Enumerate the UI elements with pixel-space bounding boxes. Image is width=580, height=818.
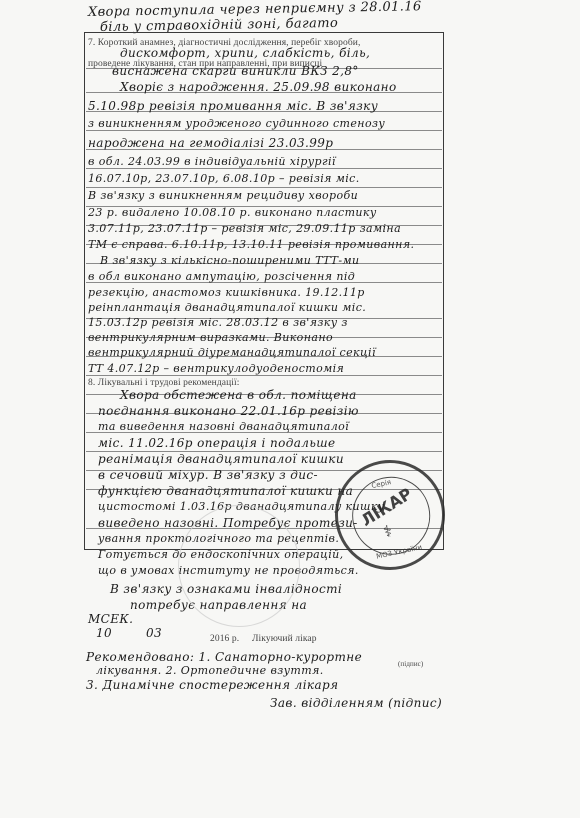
section7-handwriting: 3.07.11р, 23.07.11р – ревізія міс, 29.09… (88, 222, 401, 235)
signature-date-day: 10 (96, 626, 112, 640)
section7-handwriting: з виникненням уродженого судинного стено… (88, 117, 385, 130)
section7-handwriting: ТТ 4.07.12р – вентрикулодуоденостомія (88, 362, 344, 375)
faint-stamp-impression (178, 505, 300, 627)
section8-handwriting: міс. 11.02.16р операція і подальше (98, 436, 336, 450)
footer-signature: Зав. відділенням (підпис) (270, 696, 442, 710)
section8-handwriting: МСЕК. (88, 612, 133, 626)
recommendation-line: 3. Динамічне спостереження лікаря (86, 678, 338, 692)
section8-handwriting: та виведення назовні дванадцятипалої (98, 420, 349, 433)
section7-handwriting: вентрикулярним виразками. Виконано (88, 331, 333, 344)
section7-handwriting: вентрикулярний діуреманадцятипалої секці… (88, 346, 376, 359)
section7-handwriting: 5.10.98р ревізія промивання міс. В зв'яз… (88, 99, 378, 113)
section7-handwriting: В зв'язку з виникненням рецидиву хвороби (88, 189, 358, 202)
section7-handwriting: 15.03.12р ревізія міс. 28.03.12 в зв'язк… (88, 316, 348, 329)
section7-handwriting: в обл. 24.03.99 в індивідуальній хірургі… (88, 155, 336, 168)
section7-handwriting: 23 р. видалено 10.08.10 р. виконано плас… (88, 206, 377, 219)
section8-handwriting: в сечовий міхур. В зв'язку з дис- (98, 468, 318, 482)
section8-label: 8. Лікувальні і трудові рекомендації: (88, 378, 240, 388)
section8-handwriting: Хвора обстежена в обл. поміщена (120, 388, 357, 402)
signature-hint: (підпис) (398, 660, 423, 668)
doctor-label: Лікуючий лікар (252, 634, 317, 644)
section7-handwriting: виснажена скарги виникли ВКЗ 2,8° (112, 64, 359, 78)
ruled-line (86, 168, 442, 169)
ruled-line (86, 187, 442, 188)
section7-handwriting: реінплантація дванадцятипалої кишки міс. (88, 301, 366, 314)
section7-handwriting: В зв'язку з кількісно-поширеними ТТТ-ми (100, 254, 359, 267)
ruled-line (86, 130, 442, 131)
signature-date-month: 03 (146, 626, 162, 640)
section8-handwriting: реанімація дванадцятипалої кишки (98, 452, 344, 466)
ruled-line (86, 375, 442, 376)
section8-handwriting: функцією дванадцятипалої кишки на (98, 484, 353, 498)
section7-handwriting: Хворіє з народження. 25.09.98 виконано (120, 80, 397, 94)
section7-handwriting: ТМ є справа. 6.10.11р, 13.10.11 ревізія … (88, 238, 414, 251)
section7-handwriting: резекцію, анастомоз кишківника. 19.12.11… (88, 286, 365, 299)
recommendation-line: лікування. 2. Ортопедичне взуття. (96, 664, 324, 677)
section7-handwriting: дискомфорт, хрипи, слабкість, біль, (120, 46, 370, 60)
section7-handwriting: 16.07.10р, 23.07.10р, 6.08.10р – ревізія… (88, 172, 360, 185)
scanned-page: Хвора поступила через неприємну з 28.01.… (0, 0, 580, 818)
section8-handwriting: поєднання виконано 22.01.16р ревізію (98, 404, 359, 418)
section7-handwriting: в обл виконано ампутацію, розсічення під (88, 270, 355, 283)
recommendation-line: Рекомендовано: 1. Санаторно-курортне (86, 650, 362, 664)
signature-year: 2016 р. (210, 634, 239, 644)
section7-handwriting: народжена на гемодіалізі 23.03.99р (88, 136, 333, 150)
